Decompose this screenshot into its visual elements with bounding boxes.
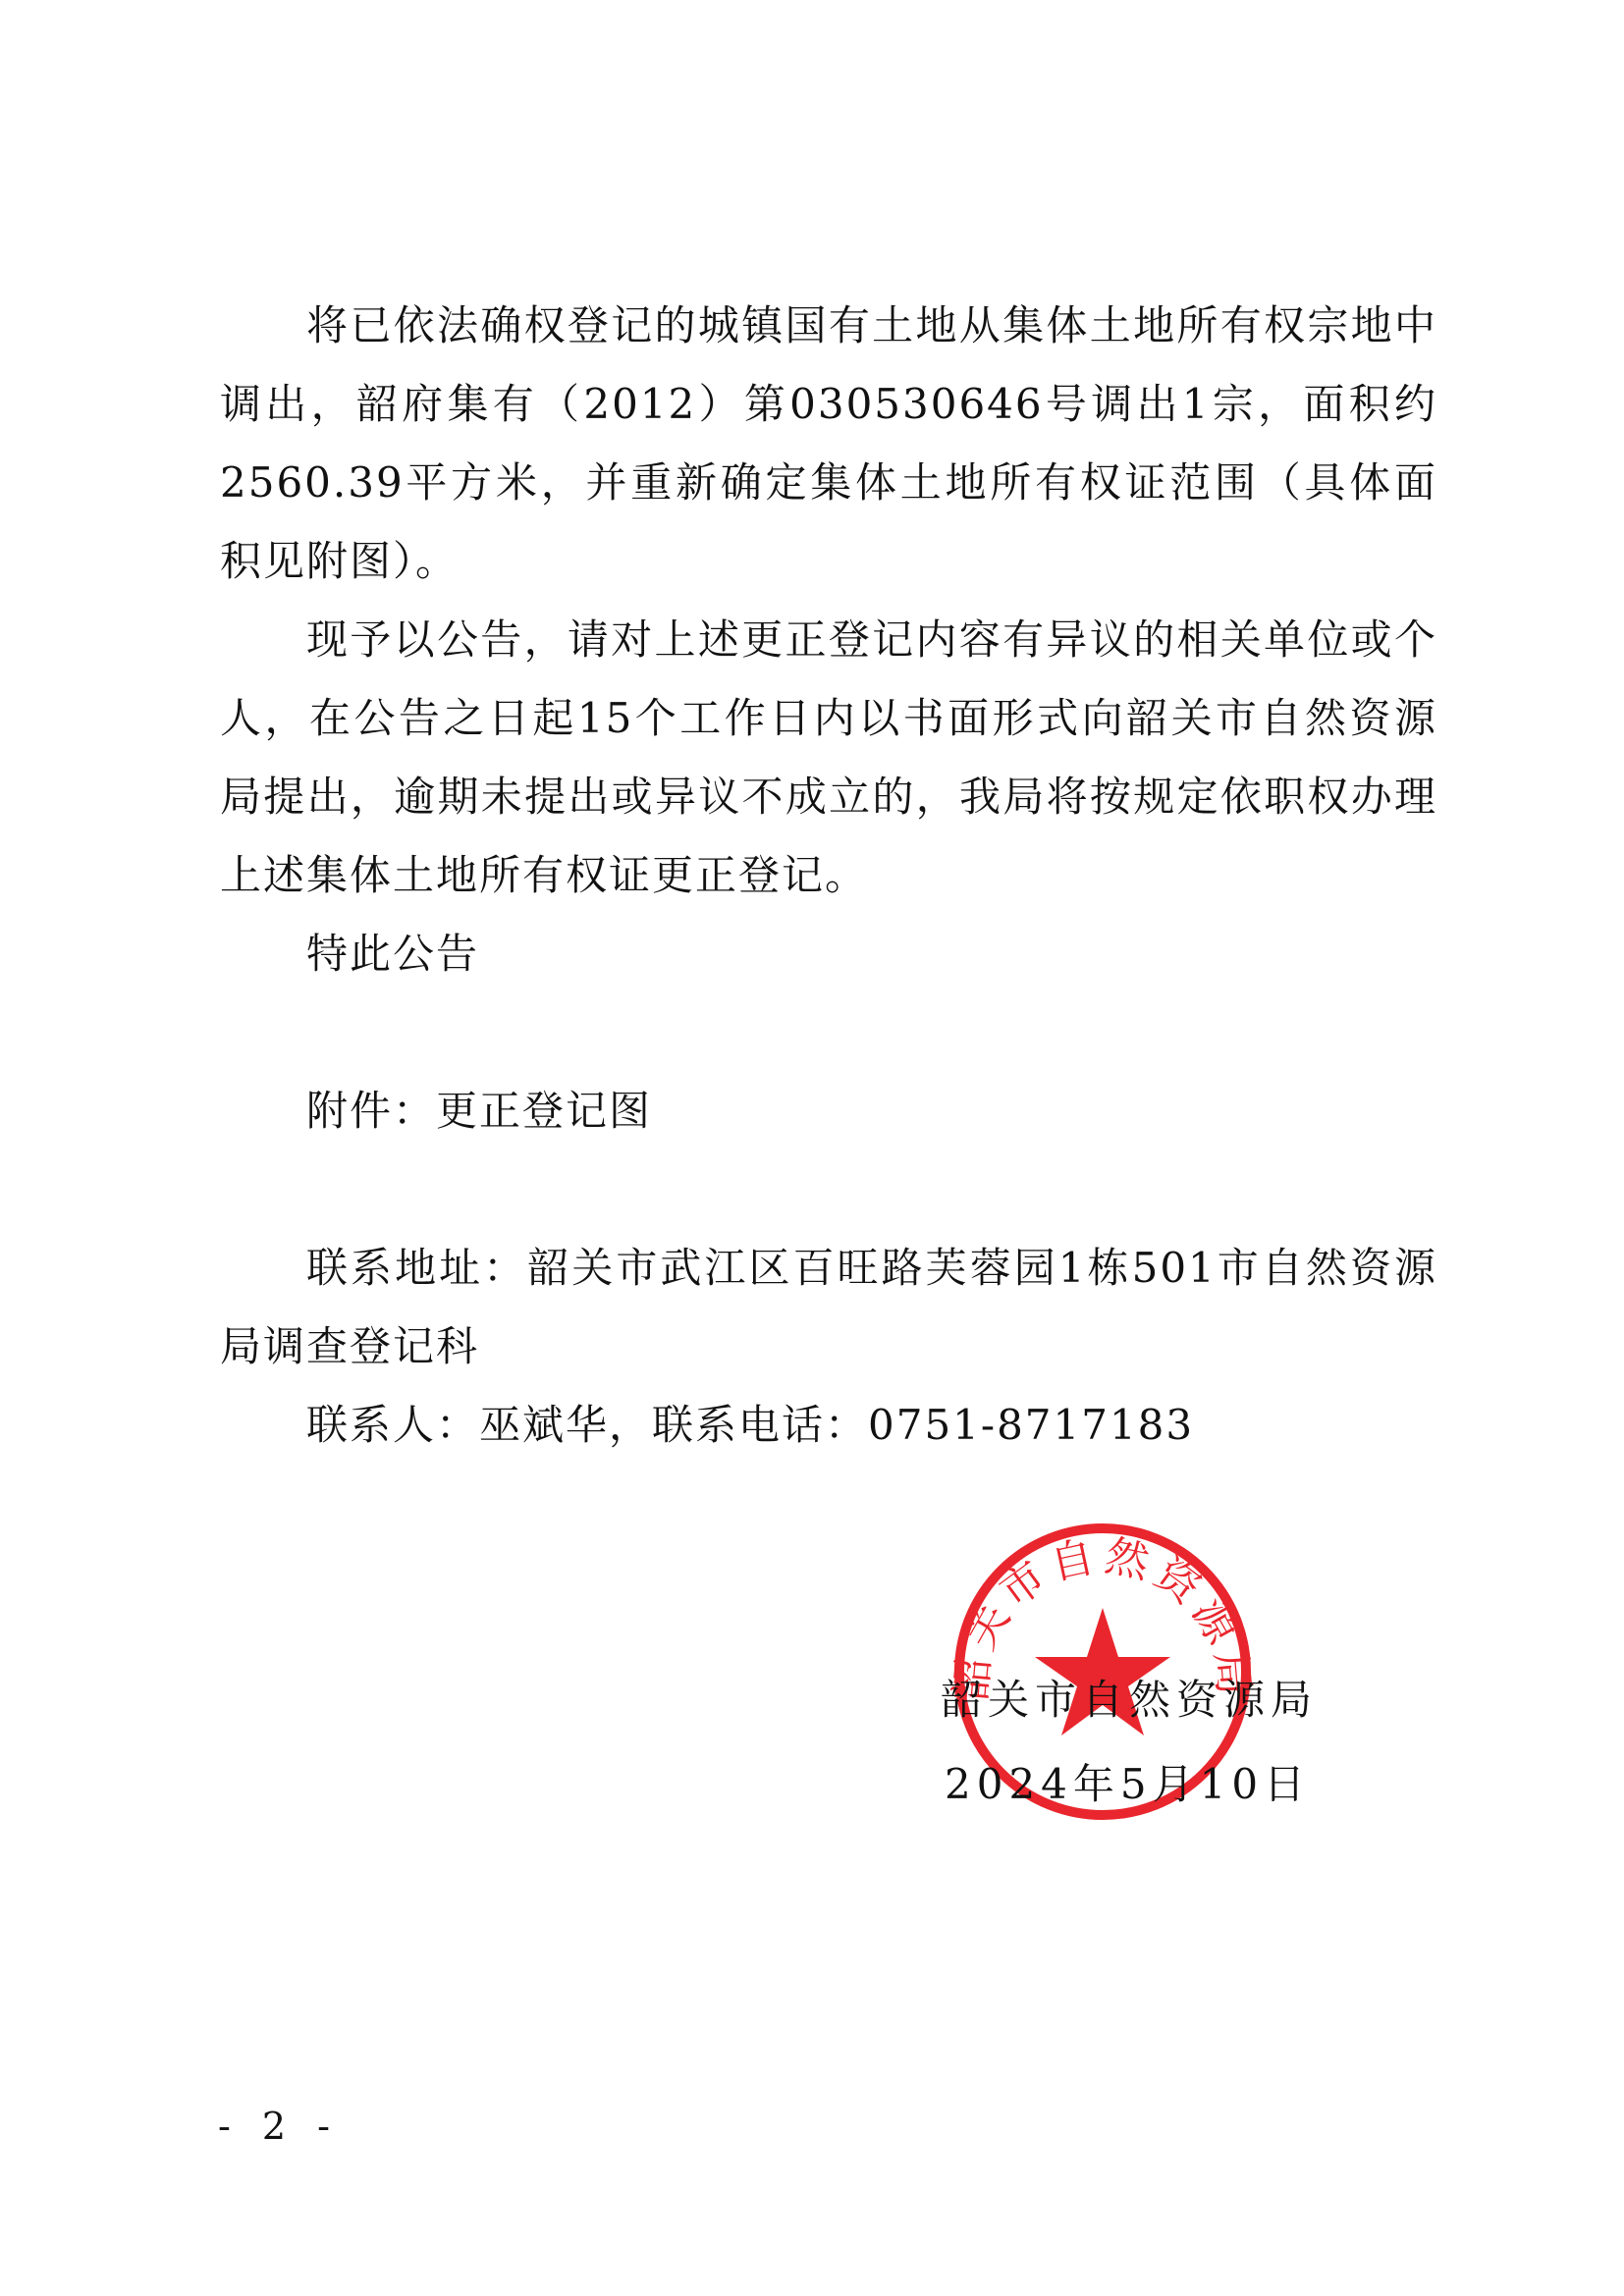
signature-organization: 韶关市自然资源局 [941,1671,1318,1730]
page-number: - 2 - [218,2105,340,2148]
document-page: 将已依法确权登记的城镇国有土地从集体土地所有权宗地中调出，韶府集有（2012）第… [0,0,1624,2296]
paragraph-adjustment: 将已依法确权登记的城镇国有土地从集体土地所有权宗地中调出，韶府集有（2012）第… [220,287,1437,601]
signature-date: 2024年5月10日 [945,1755,1311,1814]
attachment-text: 附件：更正登记图 [306,1072,652,1150]
paragraph-notice: 现予以公告，请对上述更正登记内容有异议的相关单位或个人，在公告之日起15个工作日… [220,601,1437,915]
closing-text: 特此公告 [306,915,479,993]
contact-address: 联系地址：韶关市武江区百旺路芙蓉园1栋501市自然资源局调查登记科 [220,1229,1437,1386]
contact-person: 联系人：巫斌华，联系电话：0751-8717183 [306,1386,1194,1465]
